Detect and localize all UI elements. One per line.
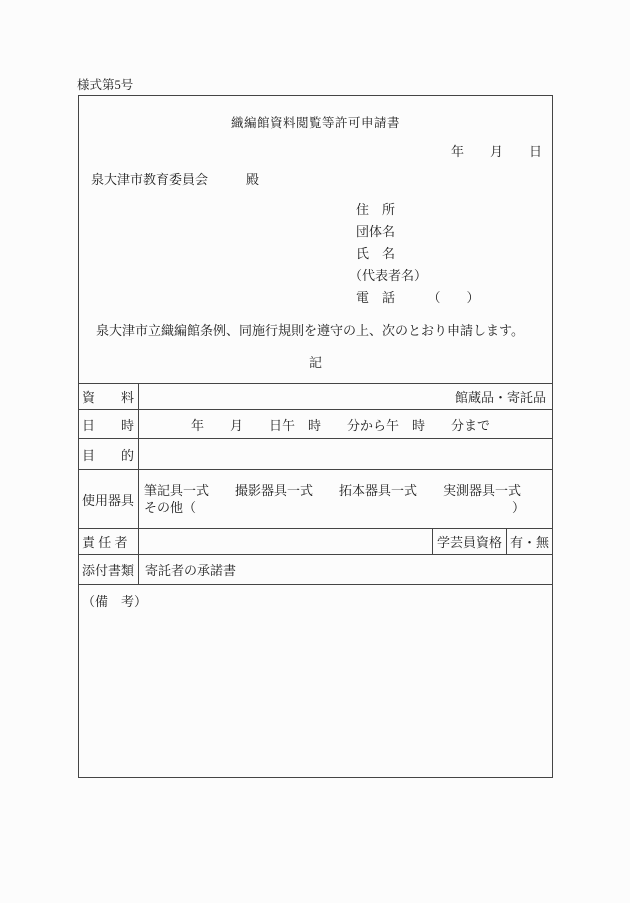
table-row-equipment: 使用器具 筆記具一式 撮影器具一式 拓本器具一式 実測器具一式 その他（ ） xyxy=(79,469,552,528)
table-row-attachments: 添付書類 寄託者の承諾書 xyxy=(79,554,552,584)
phone-label: 電 話 （ ） xyxy=(349,287,480,309)
attachments-label: 添付書類 xyxy=(79,555,139,584)
materials-value: 館蔵品・寄託品 xyxy=(139,384,552,409)
purpose-label: 目 的 xyxy=(79,439,139,469)
responsible-label: 責 任 者 xyxy=(79,529,139,554)
applicant-block: 住 所 団体名 氏 名 （代表者名） 電 話 （ ） xyxy=(349,199,480,309)
datetime-label: 日 時 xyxy=(79,410,139,438)
representative-label: （代表者名） xyxy=(349,265,480,287)
attachments-value: 寄託者の承諾書 xyxy=(139,555,552,584)
remarks-label: （備 考） xyxy=(79,585,552,610)
document-title: 織編館資料閲覧等許可申請書 xyxy=(79,113,552,131)
address-label: 住 所 xyxy=(349,199,480,221)
statement: 泉大津市立織編館条例、同施行規則を遵守の上、次のとおり申請します。 xyxy=(96,320,544,339)
table-row-responsible: 責 任 者 学芸員資格 有・無 xyxy=(79,528,552,554)
purpose-value xyxy=(139,439,552,469)
materials-label: 資 料 xyxy=(79,384,139,409)
equipment-other-label: その他（ xyxy=(144,499,196,516)
form-table: 資 料 館蔵品・寄託品 日 時 年 月 日午 時 分から午 時 分まで 目 的 … xyxy=(79,383,552,777)
application-form-box: 織編館資料閲覧等許可申請書 年 月 日 泉大津市教育委員会 殿 住 所 団体名 … xyxy=(78,95,553,778)
ki-heading: 記 xyxy=(79,352,552,371)
name-label: 氏 名 xyxy=(349,243,480,265)
equipment-options: 筆記具一式 撮影器具一式 拓本器具一式 実測器具一式 xyxy=(144,482,552,499)
table-row-materials: 資 料 館蔵品・寄託品 xyxy=(79,383,552,409)
table-row-purpose: 目 的 xyxy=(79,438,552,469)
equipment-value: 筆記具一式 撮影器具一式 拓本器具一式 実測器具一式 その他（ ） xyxy=(139,470,552,528)
table-row-datetime: 日 時 年 月 日午 時 分から午 時 分まで xyxy=(79,409,552,438)
honorific: 殿 xyxy=(246,169,259,188)
addressee-line: 泉大津市教育委員会 殿 xyxy=(91,169,259,188)
table-row-remarks: （備 考） xyxy=(79,584,552,777)
equipment-other-line: その他（ ） xyxy=(144,499,552,516)
addressee: 泉大津市教育委員会 xyxy=(91,169,208,188)
responsible-value xyxy=(139,529,432,554)
equipment-label: 使用器具 xyxy=(79,470,139,528)
curator-qualification-label: 学芸員資格 xyxy=(432,529,506,554)
equipment-other-close-paren: ） xyxy=(512,499,525,516)
form-number: 様式第5号 xyxy=(77,75,133,93)
date-blank-line: 年 月 日 xyxy=(451,141,552,160)
datetime-value: 年 月 日午 時 分から午 時 分まで xyxy=(139,410,552,438)
organization-label: 団体名 xyxy=(349,221,480,243)
curator-qualification-options: 有・無 xyxy=(506,529,552,554)
